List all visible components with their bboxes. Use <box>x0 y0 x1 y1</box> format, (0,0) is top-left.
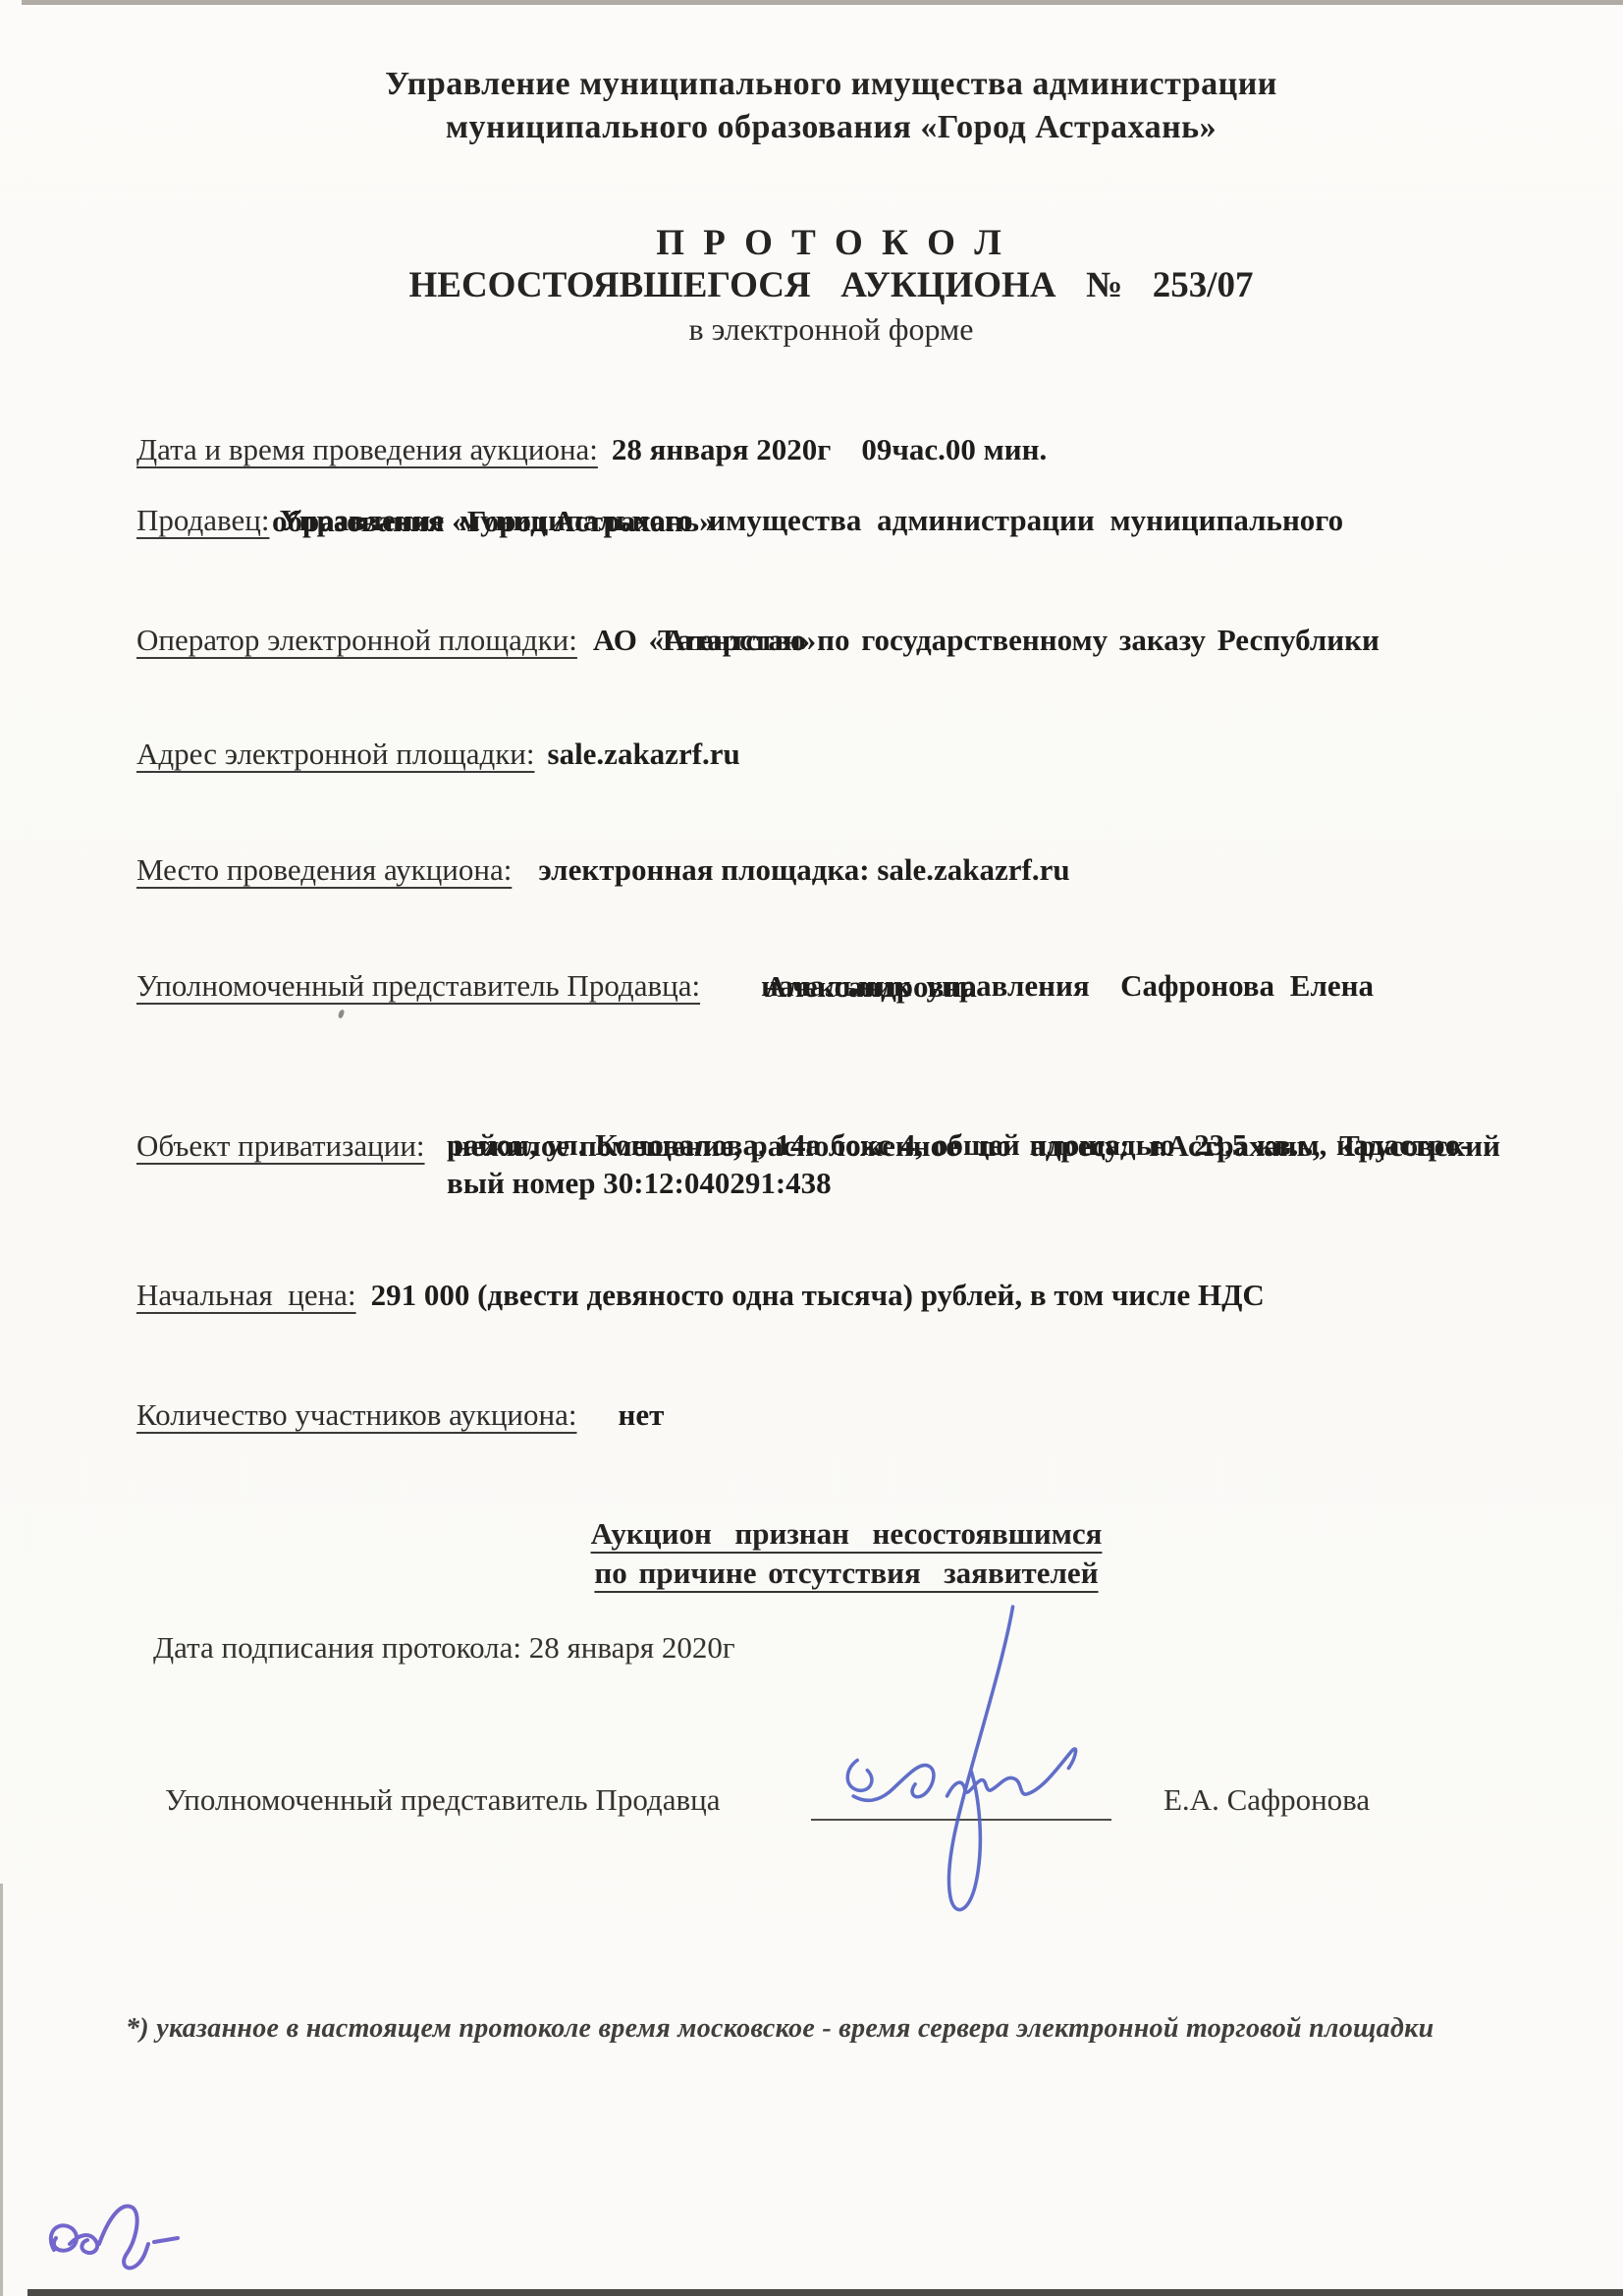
field-value-privatization-object-line2: район, ул. Коновалова, 14а бокс 4, общей… <box>447 1125 1471 1165</box>
field-start-price: Начальная цена:291 000 (двести девяносто… <box>106 1236 1265 1354</box>
field-value-operator-line2: Татарстан» <box>658 621 816 660</box>
scan-edge-bottom <box>27 2289 1623 2296</box>
field-value-participants: нет <box>619 1397 665 1432</box>
footnote: *) указанное в настоящем протоколе время… <box>126 2009 1434 2049</box>
signature-label: Уполномоченный представитель Продавца <box>165 1780 720 1820</box>
field-value-privatization-object-line3: вый номер 30:12:040291:438 <box>447 1164 832 1203</box>
doc-title-protocol: П Р О Т О К О Л <box>49 224 1613 263</box>
org-name-line1: Управление муниципального имущества адми… <box>49 65 1613 104</box>
field-label-operator: Оператор электронной площадки: <box>136 623 577 657</box>
doc-title-electronic-form: в электронной форме <box>49 309 1613 349</box>
field-value-start-price: 291 000 (двести девяносто одна тысяча) р… <box>371 1278 1265 1312</box>
signature-drawing <box>825 1601 1129 1930</box>
field-label-seller: Продавец: <box>136 503 269 537</box>
signing-date-line: Дата подписания протокола: 28 января 202… <box>153 1628 735 1667</box>
scan-edge-left <box>0 1884 3 2296</box>
field-label-platform-address: Адрес электронной площадки: <box>136 737 535 771</box>
doc-title-auction-number: НЕСОСТОЯВШЕГОСЯ АУКЦИОНА № 253/07 <box>49 266 1613 305</box>
field-value-representative-line2: Александровна <box>765 967 977 1007</box>
field-venue: Место проведения аукциона:электронная пл… <box>106 811 1070 929</box>
field-value-platform-address: sale.zakazrf.ru <box>548 737 740 771</box>
field-label-start-price: Начальная цена: <box>136 1278 356 1312</box>
field-value-venue: электронная площадка: sale.zakazrf.ru <box>538 852 1069 887</box>
field-platform-address: Адрес электронной площадки:sale.zakazrf.… <box>106 695 740 813</box>
signatory-name: Е.А. Сафронова <box>1163 1780 1370 1820</box>
result-statement-line2-text: по причине отсутствия заявителей <box>594 1556 1098 1590</box>
scanned-protocol-page: Управление муниципального имущества адми… <box>0 0 1623 2296</box>
field-value-seller-line2: образования «Город Астрахань» <box>272 502 715 541</box>
field-label-representative: Уполномоченный представитель Продавца: <box>136 968 700 1003</box>
scan-edge-top <box>22 0 1623 5</box>
field-representative: Уполномоченный представитель Продавца:на… <box>106 927 1374 1045</box>
field-participants: Количество участников аукциона:нет <box>106 1356 664 1474</box>
org-name-line2: муниципального образования «Город Астрах… <box>49 108 1613 147</box>
field-label-privatization-object: Объект приватизации: <box>136 1128 425 1163</box>
field-label-venue: Место проведения аукциона: <box>136 852 512 887</box>
field-label-participants: Количество участников аукциона: <box>136 1397 577 1432</box>
paraph-drawing <box>44 2193 191 2281</box>
